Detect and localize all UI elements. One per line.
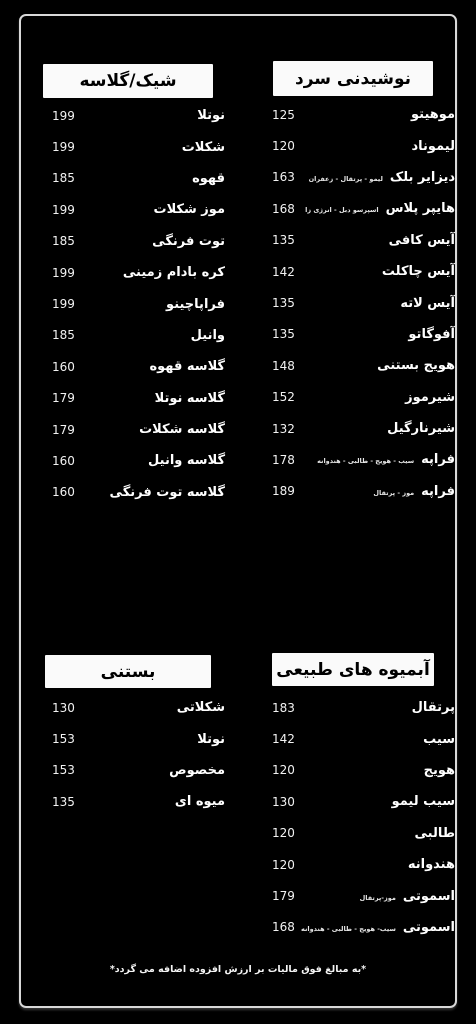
menu-item-row: اسموتی سیب- هویج - طالبی - هندوانه 168 [272,912,455,943]
menu-item-row: گلاسه توت فرنگی 160 [52,477,225,508]
item-price: 125 [272,108,295,122]
item-price: 135 [272,233,295,247]
item-name: گلاسه توت فرنگی [110,485,225,500]
section-title-cold-drinks: نوشیدنی سرد [273,61,433,96]
menu-item-row: موز شکلات 199 [52,194,225,225]
item-price: 199 [52,140,75,154]
item-name: شکلاتی [177,700,225,715]
item-name: گلاسه نوتلا [155,391,225,406]
item-name: شیرنارگیل [387,421,455,436]
item-price: 178 [272,453,295,467]
section-cold-drinks: نوشیدنی سرد موهیتو 125 لیموناد 120 دیزای… [250,58,456,520]
menu-item-row: گلاسه نوتلا 179 [52,383,225,414]
menu-item-row: دیزایر بلک لیمو - پرتقال - زعفران 163 [272,162,455,193]
menu-item-row: شکلات 199 [52,131,225,162]
section-title-ice-cream: بستنی [45,655,211,688]
item-name: طالبی [415,826,455,841]
item-price: 179 [52,391,75,405]
cold-drinks-list: موهیتو 125 لیموناد 120 دیزایر بلک لیمو -… [250,99,456,507]
menu-item-row: هویج 120 [272,755,455,786]
menu-item-row: آیس چاکلت 142 [272,256,455,287]
item-description: موز - پرتقال [373,486,414,497]
item-price: 183 [272,701,295,715]
menu-item-row: هایپر پلاس اسپرسو دبل - انرژی زا 168 [272,193,455,224]
menu-item-row: هندوانه 120 [272,849,455,880]
item-name: هندوانه [408,857,455,872]
item-price: 199 [52,297,75,311]
item-name: هویج بستنی [377,358,455,373]
item-name: فراپه [421,452,455,467]
menu-item-row: قهوه 185 [52,163,225,194]
item-name: شکلات [182,140,225,155]
item-name: قهوه [192,171,225,186]
menu-item-row: پرتقال 183 [272,692,455,723]
menu-item-row: اسموتی موز-پرتقال 179 [272,880,455,911]
shake-glace-list: نوتلا 199 شکلات 199 قهوه 185 موز شکلات 1… [30,100,226,508]
menu-item-row: کره بادام زمینی 199 [52,257,225,288]
item-name: فراپه [421,484,455,499]
item-name: گلاسه وانیل [148,453,225,468]
item-price: 130 [272,795,295,809]
item-price: 160 [52,360,75,374]
menu-item-row: شکلاتی 130 [52,692,225,723]
item-price: 130 [52,701,75,715]
item-price: 179 [52,423,75,437]
item-name: وانیل [191,328,225,343]
item-price: 132 [272,422,295,436]
item-name: لیموناد [412,139,456,154]
section-ice-cream: بستنی شکلاتی 130 نوتلا 153 مخصوص 153 میو… [30,650,226,940]
item-description: سیب- هویج - طالبی - هندوانه [301,922,396,933]
item-name: آیس چاکلت [382,264,455,279]
item-name: موهیتو [411,107,455,122]
item-price: 160 [52,454,75,468]
item-name: توت فرنگی [152,234,225,249]
item-name: اسموتی [403,920,455,935]
item-price: 148 [272,359,295,373]
item-name: نوتلا [197,732,225,747]
item-price: 135 [272,327,295,341]
menu-item-row: آیس لاته 135 [272,287,455,318]
item-price: 120 [272,763,295,777]
item-price: 135 [272,296,295,310]
item-name: دیزایر بلک [390,170,455,185]
item-name: میوه ای [175,794,225,809]
item-name: آیس کافی [389,233,455,248]
section-title-shake-glace: شیک/گلاسه [43,64,213,98]
menu-item-row: گلاسه وانیل 160 [52,445,225,476]
item-description: لیمو - پرتقال - زعفران [309,172,383,183]
menu-item-row: موهیتو 125 [272,99,455,130]
item-description: سیب - هویج - طالبی - هندوانه [317,454,414,465]
item-name: نوتلا [197,108,225,123]
item-price: 168 [272,920,295,934]
item-description: موز-پرتقال [360,891,396,902]
item-name: شیرموز [405,390,455,405]
item-price: 189 [272,484,295,498]
menu-item-row: هویج بستنی 148 [272,350,455,381]
item-name: گلاسه شکلات [139,422,225,437]
section-title-natural-juices: آبمیوه های طبیعی [272,653,434,686]
item-price: 185 [52,171,75,185]
menu-item-row: توت فرنگی 185 [52,226,225,257]
item-price: 120 [272,826,295,840]
natural-juices-list: پرتقال 183 سیب 142 هویج 120 سیب لیمو 130… [250,692,456,943]
menu-item-row: فراپه سیب - هویج - طالبی - هندوانه 178 [272,444,455,475]
item-price: 199 [52,109,75,123]
menu-item-row: مخصوص 153 [52,755,225,786]
item-price: 199 [52,203,75,217]
item-name: کره بادام زمینی [123,265,225,280]
section-natural-juices: آبمیوه های طبیعی پرتقال 183 سیب 142 هویج… [250,650,456,940]
item-name: سیب [423,732,455,747]
item-price: 185 [52,328,75,342]
item-name: پرتقال [412,700,455,715]
item-name: مخصوص [169,763,225,778]
menu-item-row: لیموناد 120 [272,130,455,161]
section-shake-glace: شیک/گلاسه نوتلا 199 شکلات 199 قهوه 185 م… [30,58,226,520]
item-price: 153 [52,732,75,746]
item-price: 120 [272,139,295,153]
item-name: هویج [424,763,455,778]
item-name: هایپر پلاس [386,201,455,216]
menu-item-row: میوه ای 135 [52,786,225,817]
item-price: 120 [272,858,295,872]
item-price: 142 [272,265,295,279]
menu-item-row: آیس کافی 135 [272,225,455,256]
menu-item-row: نوتلا 199 [52,100,225,131]
item-name: آیس لاته [400,296,455,311]
menu-item-row: آفوگاتو 135 [272,319,455,350]
item-price: 163 [272,170,295,184]
menu-item-row: طالبی 120 [272,818,455,849]
item-price: 152 [272,390,295,404]
item-name: موز شکلات [154,202,226,217]
item-price: 153 [52,763,75,777]
item-price: 135 [52,795,75,809]
item-price: 179 [272,889,295,903]
item-name: اسموتی [403,889,455,904]
menu-item-row: وانیل 185 [52,320,225,351]
menu-page: { "colors":{ "background":"#000000", "te… [0,0,476,1024]
menu-item-row: شیرنارگیل 132 [272,413,455,444]
item-name: آفوگاتو [408,327,455,342]
menu-item-row: فراپاچینو 199 [52,288,225,319]
item-price: 168 [272,202,295,216]
ice-cream-list: شکلاتی 130 نوتلا 153 مخصوص 153 میوه ای 1… [30,692,226,818]
menu-item-row: سیب لیمو 130 [272,786,455,817]
item-name: فراپاچینو [166,297,225,312]
menu-item-row: شیرموز 152 [272,382,455,413]
vat-footnote: *به مبالغ فوق مالیات بر ارزش افزوده اضاف… [0,964,476,975]
item-name: گلاسه قهوه [149,359,225,374]
menu-item-row: گلاسه شکلات 179 [52,414,225,445]
menu-item-row: فراپه موز - پرتقال 189 [272,476,455,507]
item-price: 142 [272,732,295,746]
item-name: سیب لیمو [392,794,455,809]
item-description: اسپرسو دبل - انرژی زا [305,203,379,214]
item-price: 160 [52,485,75,499]
menu-item-row: گلاسه قهوه 160 [52,351,225,382]
item-price: 185 [52,234,75,248]
item-price: 199 [52,266,75,280]
menu-item-row: سیب 142 [272,723,455,754]
menu-item-row: نوتلا 153 [52,723,225,754]
